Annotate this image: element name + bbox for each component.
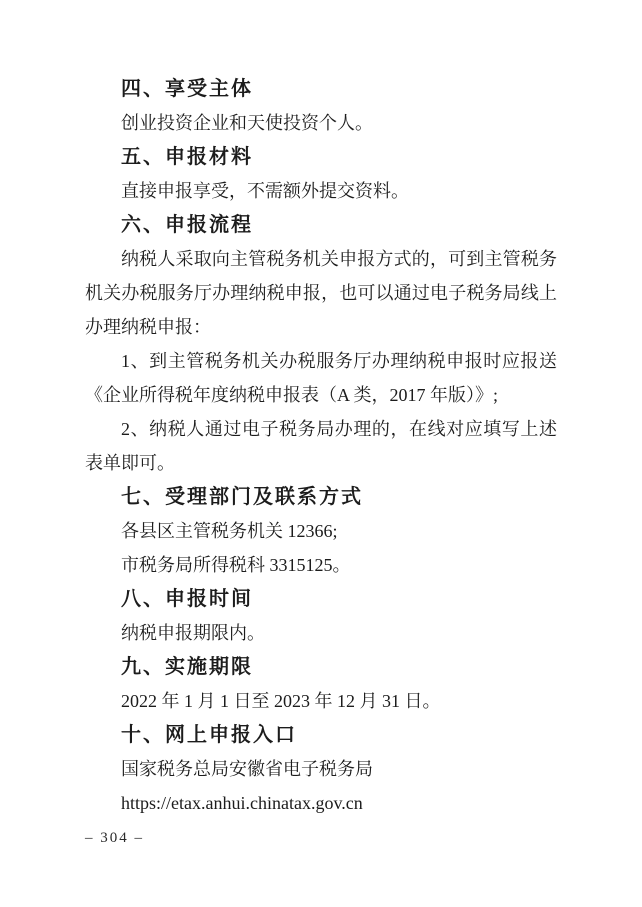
- para-filing-time: 纳税申报期限内。: [85, 616, 557, 650]
- heading-filing-process: 六、申报流程: [85, 208, 557, 242]
- para-contact-city-bureau: 市税务局所得税科 3315125。: [85, 548, 557, 582]
- heading-filing-materials: 五、申报材料: [85, 140, 557, 174]
- para-filing-process-step-2: 2、纳税人通过电子税务局办理的，在线对应填写上述表单即可。: [85, 412, 557, 480]
- para-enjoyment-subject: 创业投资企业和天使投资个人。: [85, 106, 557, 140]
- para-contact-county-authority: 各县区主管税务机关 12366;: [85, 514, 557, 548]
- para-online-filing-platform: 国家税务总局安徽省电子税务局: [85, 752, 557, 786]
- para-filing-process-step-1: 1、到主管税务机关办税服务厅办理纳税申报时应报送《企业所得税年度纳税申报表（A …: [85, 344, 557, 412]
- heading-online-filing-entry: 十、网上申报入口: [85, 718, 557, 752]
- para-online-filing-url: https://etax.anhui.chinatax.gov.cn: [85, 786, 557, 820]
- para-filing-materials: 直接申报享受，不需额外提交资料。: [85, 174, 557, 208]
- document-page: 四、享受主体 创业投资企业和天使投资个人。 五、申报材料 直接申报享受，不需额外…: [0, 0, 642, 907]
- heading-accepting-department: 七、受理部门及联系方式: [85, 480, 557, 514]
- para-implementation-period: 2022 年 1 月 1 日至 2023 年 12 月 31 日。: [85, 684, 557, 718]
- heading-enjoyment-subject: 四、享受主体: [85, 72, 557, 106]
- para-filing-process-intro: 纳税人采取向主管税务机关申报方式的，可到主管税务机关办税服务厅办理纳税申报，也可…: [85, 242, 557, 344]
- document-content: 四、享受主体 创业投资企业和天使投资个人。 五、申报材料 直接申报享受，不需额外…: [85, 72, 557, 820]
- heading-implementation-period: 九、实施期限: [85, 650, 557, 684]
- page-number: – 304 –: [85, 830, 144, 847]
- heading-filing-time: 八、申报时间: [85, 582, 557, 616]
